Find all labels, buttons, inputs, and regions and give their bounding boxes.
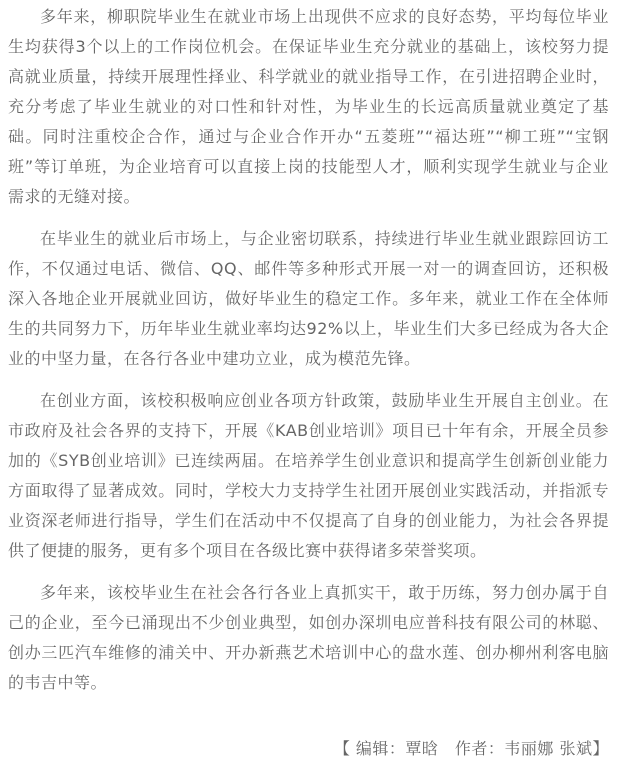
article-paragraph: 多年来，该校毕业生在社会各行各业上真抓实干，敢于历练，努力创办属于自己的企业，至… — [8, 578, 609, 698]
article-paragraph: 多年来，柳职院毕业生在就业市场上出现供不应求的良好态势，平均每位毕业生均获得3个… — [8, 2, 609, 212]
article-paragraph: 在毕业生的就业后市场上，与企业密切联系，持续进行毕业生就业跟踪回访工作，不仅通过… — [8, 224, 609, 374]
article-body: 多年来，柳职院毕业生在就业市场上出现供不应求的良好态势，平均每位毕业生均获得3个… — [8, 2, 609, 764]
article-paragraph: 在创业方面，该校积极响应创业各项方针政策，鼓励毕业生开展自主创业。在市政府及社会… — [8, 386, 609, 566]
article-byline: 【 编辑：覃晗 作者：韦丽娜 张斌】 — [8, 734, 609, 764]
